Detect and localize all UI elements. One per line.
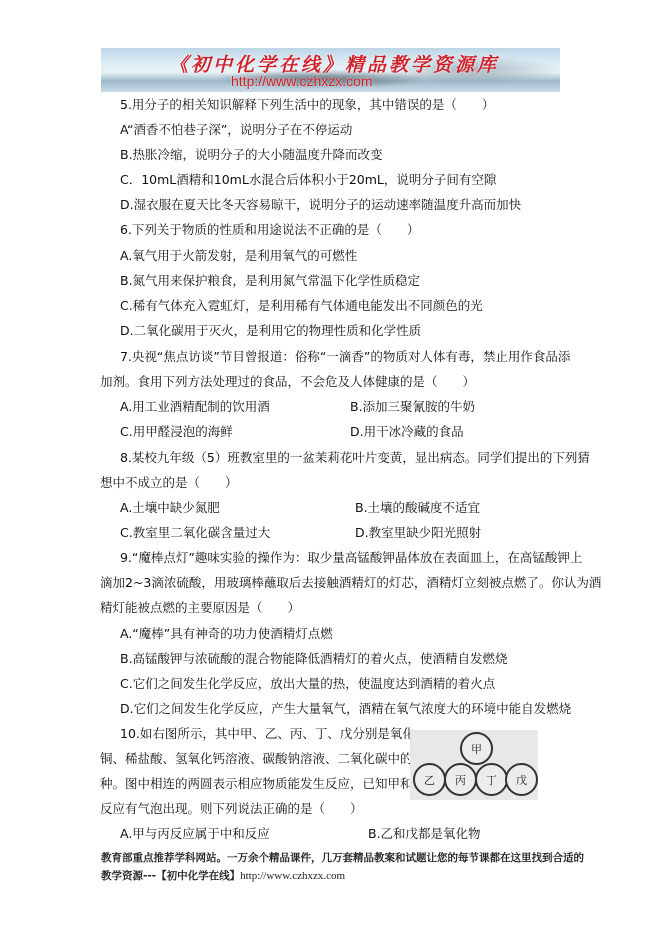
q10-stem-line2: 铜、稀盐酸、氢氧化钙溶液、碳酸钠溶液、二氧化碳中的一 [100,751,425,767]
q8-option-a: A.土壤中缺少氮肥 [120,500,220,516]
site-banner: 《初中化学在线》精品教学资源库 http://www.czhxzx.com [101,48,560,92]
circle-yi: 乙 [413,763,446,796]
q9-option-b: B.高锰酸钾与浓硫酸的混合物能降低酒精灯的着火点，使酒精自发燃烧 [120,651,508,667]
q10-stem-line3: 种。图中相连的两圆表示相应物质能发生反应，已知甲和丁 [100,776,425,792]
q5-stem: 5.用分子的相关知识解释下列生活中的现象，其中错误的是（ ） [120,97,494,113]
q6-option-c: C.稀有气体充入霓虹灯，是利用稀有气体通电能发出不同颜色的光 [120,298,483,314]
q6-option-a: A.氧气用于火箭发射，是利用氧气的可燃性 [120,248,357,264]
q5-option-c: C．10mL酒精和10mL水混合后体积小于20mL，说明分子间有空隙 [120,172,496,188]
q9-stem-line2: 滴加2~3滴浓硫酸，用玻璃棒蘸取后去接触酒精灯的灯芯，酒精灯立刻被点燃了。你认为… [100,575,601,591]
q10-stem-line4: 反应有气泡出现。则下列说法正确的是（ ） [100,801,363,817]
circle-jia: 甲 [460,732,493,765]
q8-stem-line2: 想中不成立的是（ ） [100,475,238,491]
q10-option-a: A.甲与丙反应属于中和反应 [120,826,270,842]
q10-option-b: B.乙和戊都是氧化物 [368,826,481,842]
q7-option-a: A.用工业酒精配制的饮用酒 [120,399,270,415]
footer-line2: 教学资源---【初中化学在线】http://www.czhxzx.com [101,869,345,883]
q5-option-d: D.湿衣服在夏天比冬天容易晾干，说明分子的运动速率随温度升高而加快 [120,197,521,213]
q9-stem-line3: 精灯能被点燃的主要原因是（ ） [100,600,300,616]
q9-option-d: D.它们之间发生化学反应，产生大量氧气，酒精在氧气浓度大的环境中能自发燃烧 [120,701,571,717]
q7-option-d: D.用干冰冷藏的食品 [350,424,464,440]
q6-stem: 6.下列关于物质的性质和用途说法不正确的是（ ） [120,222,419,238]
q8-option-d: D.教室里缺少阳光照射 [355,525,481,541]
q8-option-c: C.教室里二氧化碳含量过大 [120,525,270,541]
q9-option-c: C.它们之间发生化学反应，放出大量的热，使温度达到酒精的着火点 [120,676,495,692]
q9-stem-line1: 9.“魔棒点灯”趣味实验的操作为：取少量高锰酸钾晶体放在表面皿上，在高锰酸钾上 [120,550,582,566]
circle-ding: 丁 [475,763,508,796]
banner-url[interactable]: http://www.czhxzx.com [231,73,373,89]
circle-wu: 戊 [505,763,538,796]
circle-reaction-diagram: 甲 乙 丙 丁 戊 [410,730,538,800]
q7-option-c: C.用甲醛浸泡的海鲜 [120,424,233,440]
q8-option-b: B.土壤的酸碱度不适宜 [355,500,480,516]
circle-bing: 丙 [444,763,477,796]
footer-url-link[interactable]: http://www.czhxzx.com [240,870,345,882]
q7-stem-line1: 7.央视“焦点访谈”节目曾报道：俗称“一滴香”的物质对人体有毒，禁止用作食品添 [120,349,570,365]
q8-stem-line1: 8.某校九年级（5）班教室里的一盆茉莉花叶片变黄，显出病态。同学们提出的下列猜 [120,450,590,466]
q6-option-d: D.二氧化碳用于灭火，是利用它的物理性质和化学性质 [120,323,421,339]
q7-option-b: B.添加三聚氰胺的牛奶 [350,399,475,415]
q7-stem-line2: 加剂。食用下列方法处理过的食品，不会危及人体健康的是（ ） [100,374,475,390]
q5-option-a: A“酒香不怕巷子深”，说明分子在不停运动 [120,122,352,138]
q6-option-b: B.氮气用来保护粮食，是利用氮气常温下化学性质稳定 [120,273,420,289]
footer-resource-text: 教学资源---【初中化学在线】 [101,870,240,882]
q9-option-a: A.“魔棒”具有神奇的功力使酒精灯点燃 [120,626,333,642]
footer-line1: 教育部重点推荐学科网站。一万余个精品课件，几万套精品教案和试题让您的每节课都在这… [101,851,584,865]
q10-stem-line1: 10.如右图所示，其中甲、乙、丙、丁、戊分别是氧化 [120,726,415,742]
q5-option-b: B.热胀冷缩，说明分子的大小随温度升降而改变 [120,147,383,163]
